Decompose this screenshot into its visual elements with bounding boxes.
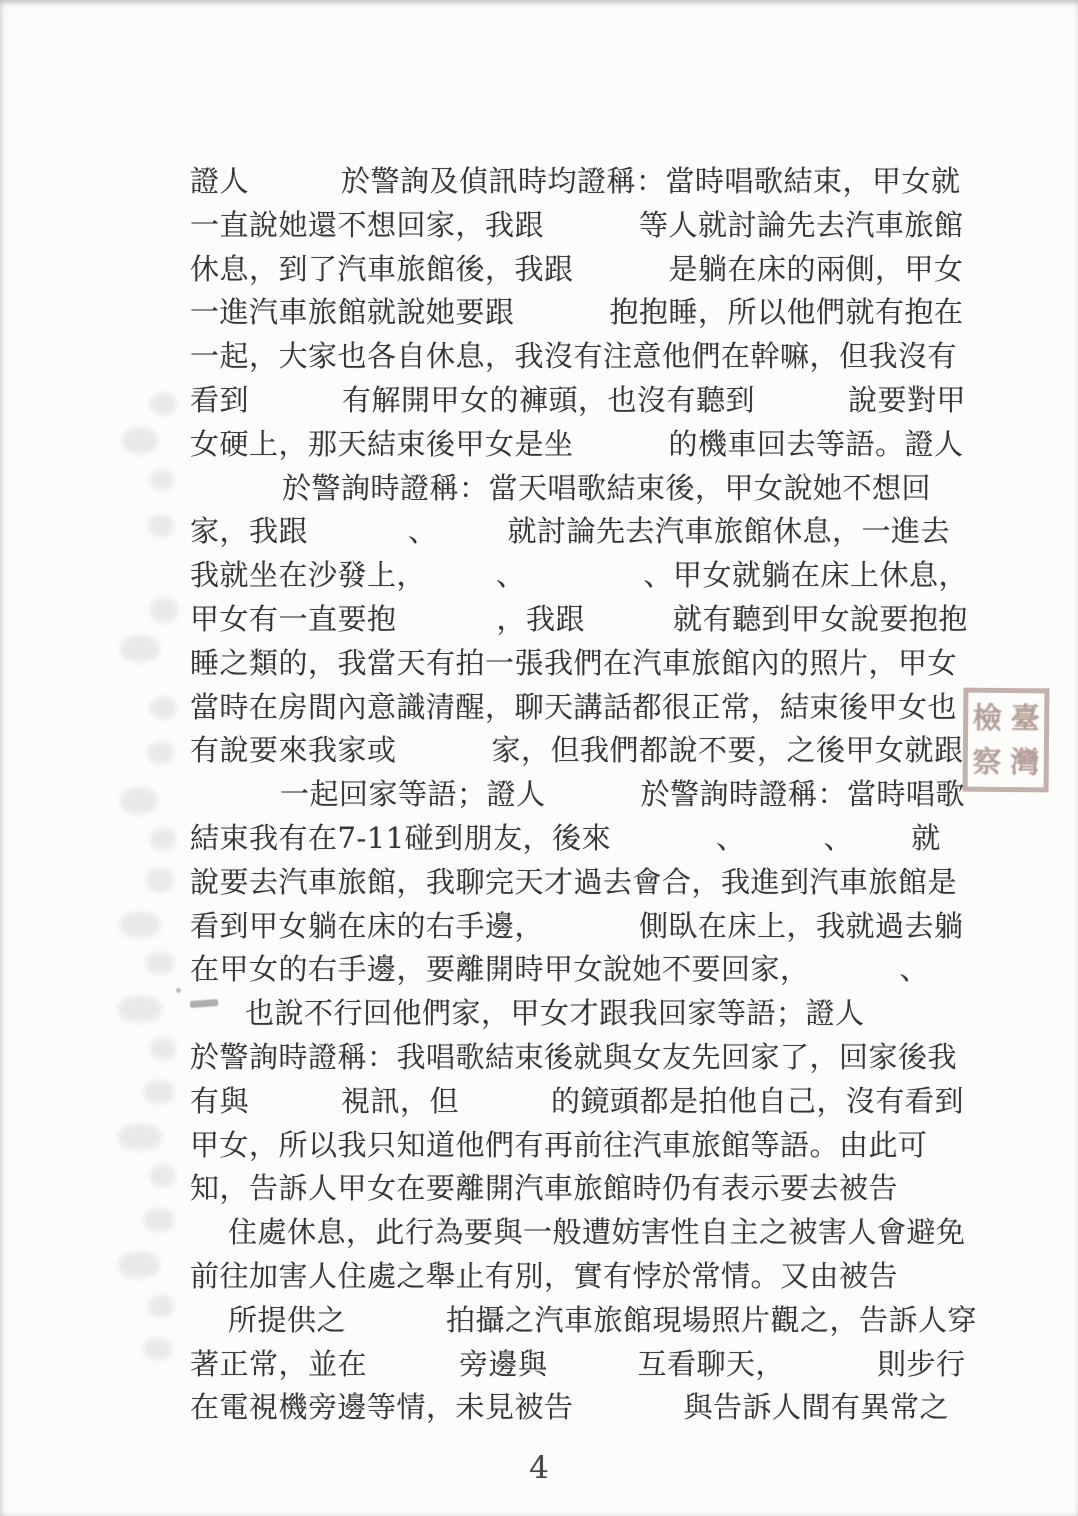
text-run: 住處休息，此行為要與一般遭妨害性自主之被害人會避免 (228, 1215, 966, 1249)
text-run: 在甲女的右手邊，要離開時甲女說她不要回家， (190, 952, 810, 986)
bleed-mark (144, 1080, 174, 1104)
text-line-8: 於警詢時證稱：當天唱歌結束後，甲女說她不想回 (190, 467, 980, 511)
bleed-mark (118, 1252, 160, 1278)
text-run: 、甲女就躺在床上休息， (644, 558, 969, 592)
text-run: 看到甲女躺在床的右手邊， (190, 909, 544, 943)
text-line-19: 在甲女的右手邊，要離開時甲女說她不要回家，、 (190, 948, 980, 992)
page-number: 4 (0, 1450, 1078, 1486)
text-line-17: 說要去汽車旅館，我聊完天才過去會合，我進到汽車旅館是 (190, 861, 980, 905)
text-run: 則步行 (877, 1347, 966, 1381)
bleed-mark (118, 1124, 162, 1150)
redacted-name-gap (526, 581, 644, 585)
text-run: 睡之類的，我當天有拍一張我們在汽車旅館內的照片，甲女 (190, 646, 957, 680)
text-run: 就有聽到甲女說要抱抱 (673, 602, 968, 636)
text-run: 、 (716, 821, 746, 855)
bleed-mark (146, 868, 174, 892)
text-line-7: 女硬上，那天結束後甲女是坐的機車回去等語。證人 (190, 423, 980, 467)
text-run: 所提供之 (228, 1303, 346, 1337)
text-run: 在電視機旁邊等情，未見被告 (190, 1390, 574, 1424)
text-line-24: 知，告訴人甲女在要離開汽車旅館時仍有表示要去被告 (190, 1167, 980, 1211)
redacted-name-gap (574, 1413, 684, 1417)
text-run: 與告訴人間有異常之 (684, 1390, 950, 1424)
bleed-mark (148, 515, 174, 537)
official-seal: 臺灣檢察 (963, 688, 1050, 793)
seal-column: 臺灣 (1010, 697, 1040, 784)
bleed-mark (144, 1208, 174, 1232)
seal-column: 檢察 (972, 696, 1002, 783)
text-run: 是躺在床的兩側，甲女 (669, 252, 964, 286)
text-line-23: 甲女，所以我只知道他們有再前往汽車旅館等語。由此可 (190, 1124, 980, 1168)
bleed-mark (150, 1165, 176, 1187)
bleed-mark (150, 1038, 176, 1060)
redacted-name-gap (438, 537, 508, 541)
redacted-name-gap (585, 625, 673, 629)
bleed-mark (120, 912, 160, 938)
text-run: 、 (824, 821, 854, 855)
redacted-name-gap (865, 1019, 975, 1023)
seal-character: 臺 (1010, 698, 1039, 738)
redacted-name-gap (785, 1370, 877, 1374)
text-run: 就 (911, 821, 941, 855)
redacted-name-gap (190, 800, 280, 804)
text-run: 就討論先去汽車旅館休息，一進去 (508, 514, 951, 548)
text-run: 看到 (190, 383, 249, 417)
redacted-name-gap (548, 1370, 638, 1374)
text-line-3: 休息，到了汽車旅館後，我跟是躺在床的兩側，甲女 (190, 248, 980, 292)
bleed-mark (120, 788, 158, 814)
text-run: 說要去汽車旅館，我聊完天才過去會合，我進到汽車旅館是 (190, 865, 957, 899)
text-run: 家，但我們都說不要，之後甲女就跟 (492, 733, 964, 767)
bleed-mark (148, 1295, 174, 1317)
bleed-mark (122, 428, 158, 454)
text-run: 等人就討論先去汽車旅館 (639, 208, 964, 242)
seal-character: 檢 (972, 698, 1001, 738)
scanned-document-page: 證人於警詢及偵訊時均證稱：當時唱歌結束，甲女就一直說她還不想回家，我跟等人就討論… (0, 0, 1078, 1516)
text-run: 甲女，所以我只知道他們有再前往汽車旅館等語。由此可 (190, 1128, 928, 1162)
text-run: 也說不行回他們家，甲女才跟我回家等語；證人 (245, 996, 865, 1030)
redacted-name-gap (190, 1238, 228, 1242)
text-line-13: 當時在房間內意識清醒，聊天講話都很正常，結束後甲女也 (190, 686, 980, 730)
redacted-name-gap (515, 318, 610, 322)
redacted-name-gap (746, 844, 824, 848)
text-run: 的機車回去等語。證人 (669, 427, 964, 461)
text-run: 有說要來我家或 (190, 733, 397, 767)
text-run: 旁邊與 (459, 1347, 548, 1381)
redacted-name-gap (853, 844, 911, 848)
text-line-9: 家，我跟、就討論先去汽車旅館休息，一進去 (190, 510, 980, 554)
text-run: 有解開甲女的褲頭，也沒有聽到 (342, 383, 755, 417)
seal-character: 灣 (1010, 742, 1039, 782)
text-run: 的鏡頭都是拍他自己，沒有看到 (551, 1084, 964, 1118)
bleed-mark (150, 697, 176, 719)
text-run: 前往加害人住處之舉止有別，實有悖於常情。又由被告 (190, 1259, 898, 1293)
bleed-mark (150, 470, 174, 490)
text-line-28: 著正常，並在旁邊與互看聊天，則步行 (190, 1343, 980, 1387)
text-run: 、 (496, 558, 526, 592)
redacted-name-gap (249, 406, 342, 410)
text-line-21: 於警詢時證稱：我唱歌結束後就與女友先回家了，回家後我 (190, 1036, 980, 1080)
text-line-2: 一直說她還不想回家，我跟等人就討論先去汽車旅館 (190, 204, 980, 248)
scan-artifact-dot (176, 988, 181, 993)
redacted-name-gap (397, 625, 497, 629)
text-run: 休息，到了汽車旅館後，我跟 (190, 252, 574, 286)
text-run: 一直說她還不想回家，我跟 (190, 208, 544, 242)
text-run: 一進汽車旅館就說她要跟 (190, 295, 515, 329)
text-run: 側臥在床上，我就過去躺 (639, 909, 964, 943)
text-line-1: 證人於警詢及偵訊時均證稱：當時唱歌結束，甲女就 (190, 160, 980, 204)
text-run: 當時在房間內意識清醒，聊天講話都很正常，結束後甲女也 (190, 690, 957, 724)
text-line-29: 在電視機旁邊等情，未見被告與告訴人間有異常之 (190, 1386, 980, 1430)
bleed-mark (146, 952, 174, 974)
text-line-4: 一進汽車旅館就說她要跟抱抱睡，所以他們就有抱在 (190, 291, 980, 335)
text-run: 有與 (190, 1084, 249, 1118)
redacted-name-gap (397, 756, 492, 760)
text-run: 證人 (190, 164, 249, 198)
text-run: 於警詢及偵訊時均證稱：當時唱歌結束，甲女就 (341, 164, 961, 198)
text-line-6: 看到有解開甲女的褲頭，也沒有聽到說要對甲 (190, 379, 980, 423)
bleed-mark (120, 636, 160, 662)
text-line-5: 一起，大家也各自休息，我沒有注意他們在幹嘛，但我沒有 (190, 335, 980, 379)
redacted-name-gap (546, 800, 641, 804)
redacted-name-gap (574, 450, 669, 454)
text-run: 視訊，但 (341, 1084, 459, 1118)
redacted-name-gap (249, 187, 341, 191)
redacted-name-gap (346, 1326, 446, 1330)
redacted-name-gap (308, 537, 408, 541)
redacted-name-gap (611, 844, 716, 848)
bleed-mark (144, 1338, 172, 1360)
bleed-mark (150, 598, 178, 622)
text-run: 女硬上，那天結束後甲女是坐 (190, 427, 574, 461)
text-line-16: 結束我有在7-11碰到朋友，後來、、就 (190, 817, 980, 861)
redacted-name-gap (190, 1019, 245, 1023)
bleed-mark (118, 996, 162, 1022)
redacted-name-gap (459, 1107, 551, 1111)
text-run: 著正常，並在 (190, 1347, 367, 1381)
text-run: 知，告訴人甲女在要離開汽車旅館時仍有表示要去被告 (190, 1171, 898, 1205)
text-line-20: 也說不行回他們家，甲女才跟我回家等語；證人 (190, 992, 980, 1036)
judgment-body-text: 證人於警詢及偵訊時均證稱：當時唱歌結束，甲女就一直說她還不想回家，我跟等人就討論… (190, 160, 980, 1430)
text-run: 於警詢時證稱：當天唱歌結束後，甲女說她不想回 (282, 471, 931, 505)
text-line-27: 所提供之拍攝之汽車旅館現場照片觀之，告訴人穿 (190, 1299, 980, 1343)
text-run: 說要對甲 (848, 383, 966, 417)
redacted-name-gap (544, 932, 639, 936)
text-run: 、 (900, 952, 930, 986)
text-line-26: 前往加害人住處之舉止有別，實有悖於常情。又由被告 (190, 1255, 980, 1299)
text-run: 拍攝之汽車旅館現場照片觀之，告訴人穿 (446, 1303, 977, 1337)
redacted-name-gap (190, 1326, 228, 1330)
text-run: 、 (408, 514, 438, 548)
redacted-name-gap (190, 494, 282, 498)
text-run: 於警詢時證稱：當時唱歌 (641, 777, 966, 811)
redacted-name-gap (755, 406, 848, 410)
text-run: 於警詢時證稱：我唱歌結束後就與女友先回家了，回家後我 (190, 1040, 957, 1074)
text-line-10: 我就坐在沙發上，、、甲女就躺在床上休息， (190, 554, 980, 598)
text-run: 我就坐在沙發上， (190, 558, 426, 592)
redacted-name-gap (574, 275, 669, 279)
text-run: 家，我跟 (190, 514, 308, 548)
text-line-22: 有與視訊，但的鏡頭都是拍他自己，沒有看到 (190, 1080, 980, 1124)
bleed-mark (150, 393, 176, 415)
text-line-12: 睡之類的，我當天有拍一張我們在汽車旅館內的照片，甲女 (190, 642, 980, 686)
text-run: ，我跟 (497, 602, 586, 636)
text-run: 甲女有一直要抱 (190, 602, 397, 636)
text-line-18: 看到甲女躺在床的右手邊，側臥在床上，我就過去躺 (190, 905, 980, 949)
text-line-14: 有說要來我家或家，但我們都說不要，之後甲女就跟 (190, 729, 980, 773)
text-line-11: 甲女有一直要抱，我跟就有聽到甲女說要抱抱 (190, 598, 980, 642)
redacted-name-gap (810, 975, 900, 979)
text-run: 一起，大家也各自休息，我沒有注意他們在幹嘛，但我沒有 (190, 339, 957, 373)
text-run: 一起回家等語；證人 (280, 777, 546, 811)
bleed-mark (150, 828, 176, 850)
bleed-mark (148, 742, 174, 764)
text-line-25: 住處休息，此行為要與一般遭妨害性自主之被害人會避免 (190, 1211, 980, 1255)
text-run: 互看聊天， (638, 1347, 786, 1381)
redacted-name-gap (367, 1370, 459, 1374)
redacted-name-gap (249, 1107, 341, 1111)
text-run: 抱抱睡，所以他們就有抱在 (610, 295, 964, 329)
redacted-name-gap (544, 231, 639, 235)
seal-character: 察 (972, 741, 1001, 781)
redacted-name-gap (426, 581, 496, 585)
text-line-15: 一起回家等語；證人於警詢時證稱：當時唱歌 (190, 773, 980, 817)
text-run: 結束我有在7-11碰到朋友，後來 (190, 821, 611, 855)
